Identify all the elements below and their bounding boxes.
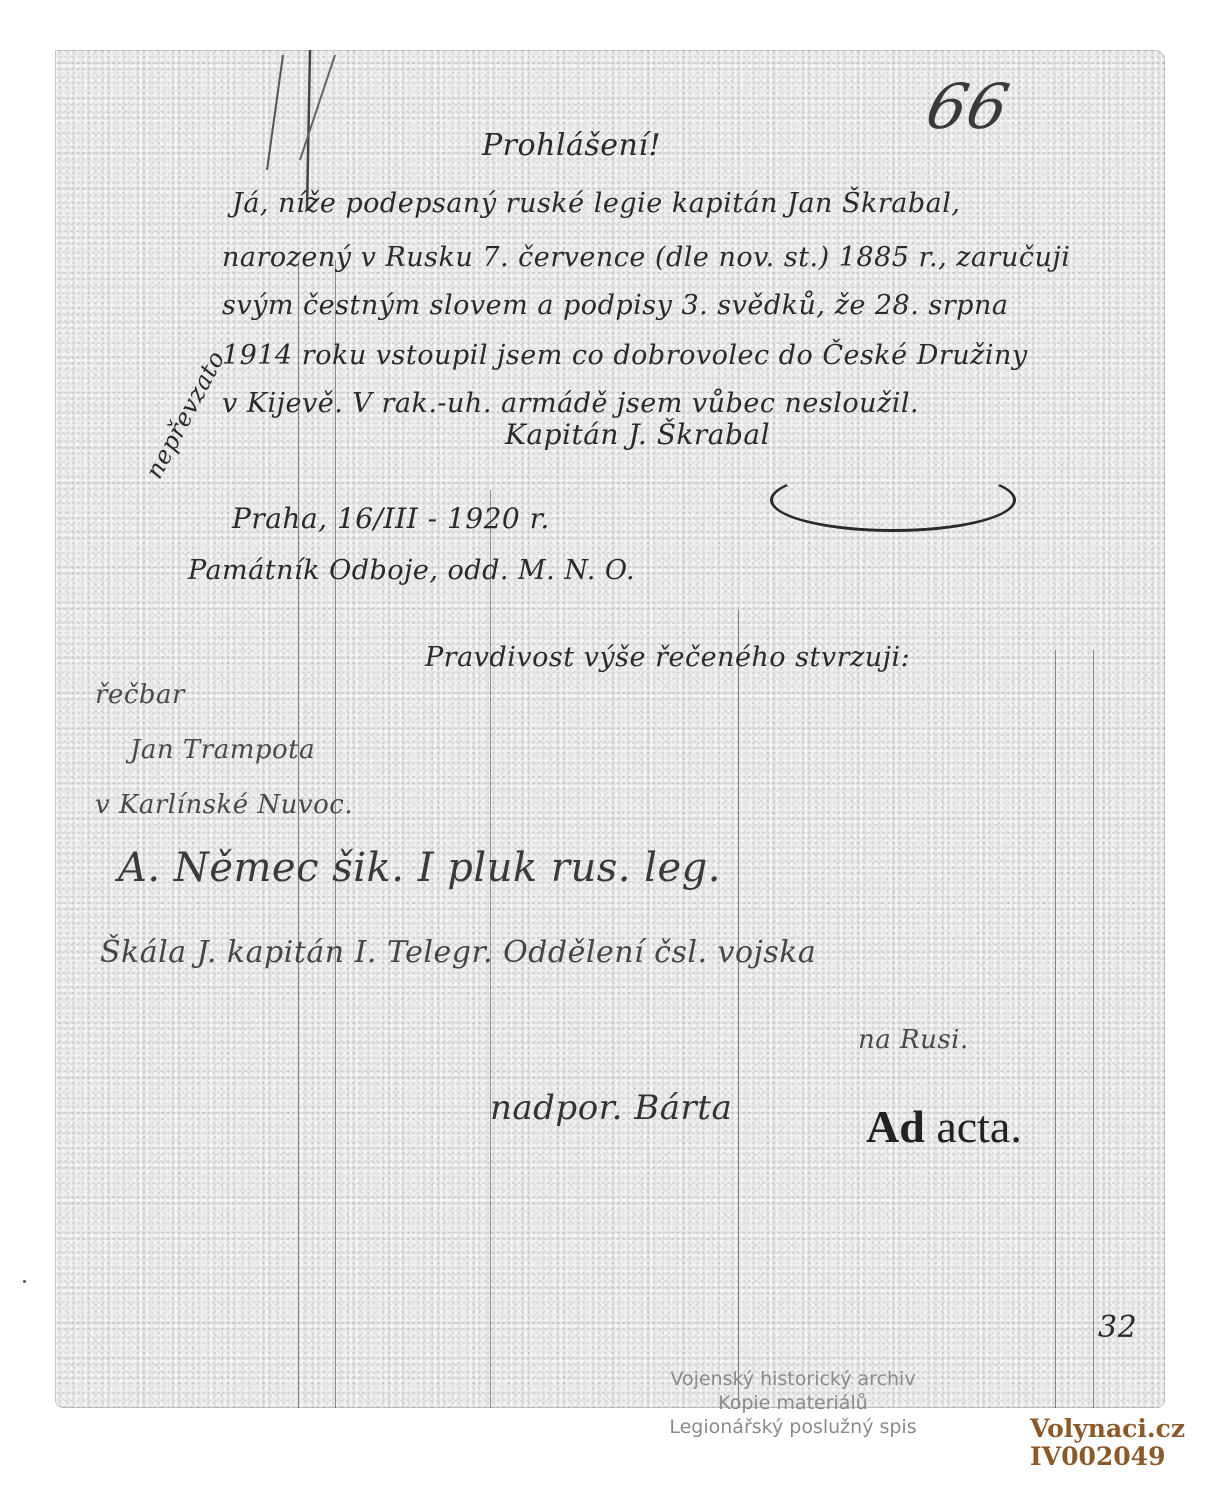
body-line-3: svým čestným slovem a podpisy 3. svědků,… xyxy=(222,290,1008,321)
place-line: Památník Odboje, odd. M. N. O. xyxy=(188,555,635,586)
site-name: Volynaci.cz xyxy=(1030,1415,1185,1443)
witness-line: Škála J. kapitán I. Telegr. Oddělení čsl… xyxy=(100,935,816,970)
brand-watermark: Volynaci.cz IV002049 xyxy=(1030,1415,1185,1471)
corner-number: 32 xyxy=(1098,1310,1137,1345)
archive-line: Legionářský posluž­ný spis xyxy=(608,1415,978,1439)
archive-line: Vojenský historický archiv xyxy=(608,1367,978,1391)
body-line-4: 1914 roku vstoupil jsem co dobrovolec do… xyxy=(222,340,1028,371)
final-signature: nadpor. Bárta xyxy=(490,1088,732,1128)
body-line-5: v Kijevě. V rak.-uh. armádě jsem vůbec n… xyxy=(222,388,919,419)
body-line-1: Já, níže podepsaný ruské legie kapitán J… xyxy=(232,188,960,219)
record-id: IV002049 xyxy=(1030,1443,1185,1471)
ruled-line xyxy=(298,260,299,1408)
signature-flourish xyxy=(770,468,1016,532)
body-line-2: narozený v Rusku 7. července (dle nov. s… xyxy=(222,242,1070,273)
witness-line: v Karlínské Nuvoc. xyxy=(95,790,353,820)
declarant-signature: Kapitán J. Škrabal xyxy=(505,418,770,451)
ruled-line xyxy=(1055,650,1056,1408)
ruled-line xyxy=(335,260,336,1408)
archive-line: Kopie materiálů xyxy=(608,1391,978,1415)
attestation-heading: Pravdivost výše řečeného stvrzuji: xyxy=(425,642,910,673)
witness-line: A. Němec šik. I pluk rus. leg. xyxy=(118,845,721,891)
document-title: Prohlášení! xyxy=(482,128,661,163)
witness-line: na Rusi. xyxy=(858,1025,969,1055)
archive-watermark: Vojenský historický archiv Kopie materiá… xyxy=(608,1367,978,1439)
ruled-line xyxy=(1093,650,1094,1408)
date-line: Praha, 16/III - 1920 r. xyxy=(232,502,550,535)
ad-acta-stamp: Ad acta. xyxy=(866,1100,1022,1153)
scan-speck xyxy=(23,1280,26,1283)
stamp-bold-text: Ad xyxy=(866,1101,925,1152)
witness-line: řečbar xyxy=(95,680,185,710)
witness-line: Jan Trampota xyxy=(130,735,315,765)
ruled-line xyxy=(738,610,739,1408)
stamp-text: acta. xyxy=(925,1101,1022,1152)
page-number: 66 xyxy=(920,70,1015,143)
